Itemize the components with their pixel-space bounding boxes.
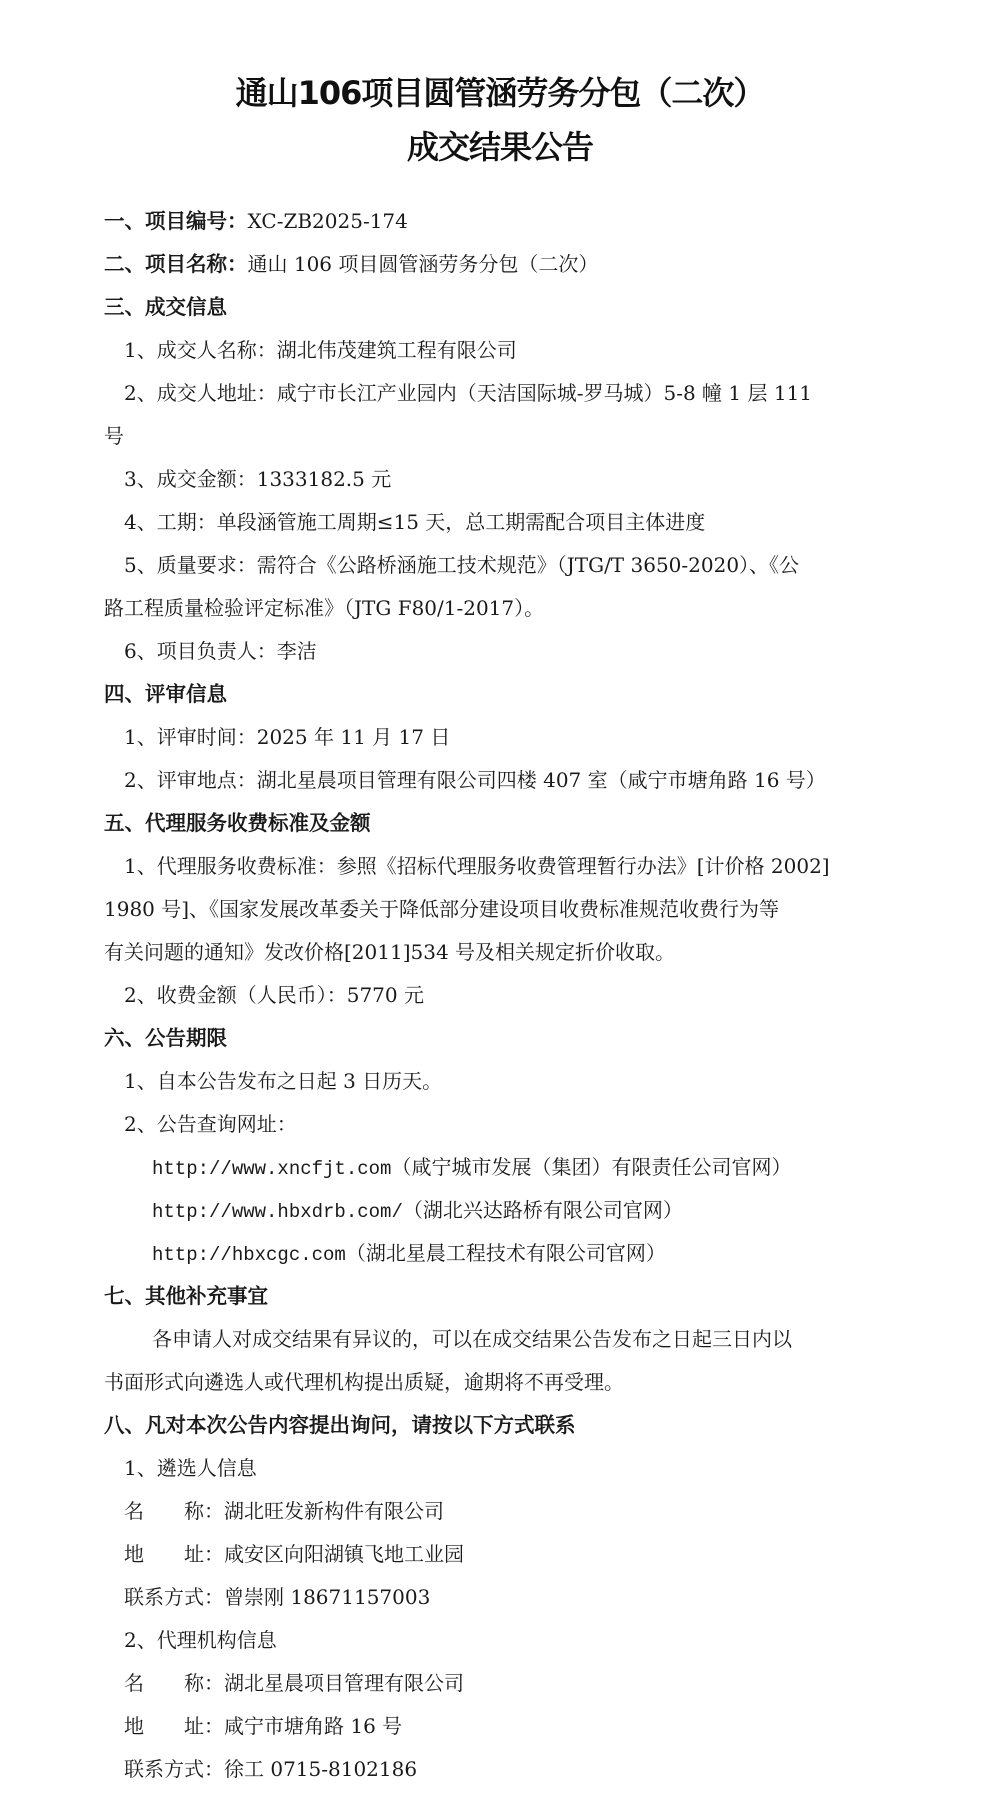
- agency-contact-row: 联系方式：徐工 0715-8102186: [104, 1748, 914, 1791]
- section-heading: 六、公告期限: [104, 1017, 914, 1060]
- section-heading: 八、凡对本次公告内容提出询问，请按以下方式联系: [104, 1404, 914, 1447]
- doc-title-line2: 成交结果公告: [0, 122, 1000, 168]
- list-item: 4、工期：单段涵管施工周期≤15 天，总工期需配合项目主体进度: [104, 501, 914, 544]
- selector-contact-row: 联系方式：曾崇刚 18671157003: [104, 1576, 914, 1619]
- list-item: 2、公告查询网址：: [104, 1103, 914, 1146]
- project-number: XC-ZB2025-174: [248, 209, 408, 233]
- contact-group-title: 1、遴选人信息: [104, 1447, 914, 1490]
- website-link[interactable]: http://www.hbxdrb.com/: [152, 1201, 403, 1223]
- project-name-line: 二、项目名称：通山 106 项目圆管涵劳务分包（二次）: [104, 243, 914, 286]
- section-heading: 一、项目编号：: [104, 209, 248, 233]
- website-link-row: http://hbxcgc.com（湖北星晨工程技术有限公司官网）: [104, 1232, 914, 1275]
- doc-title-line1: 通山106项目圆管涵劳务分包（二次）: [0, 68, 1000, 114]
- list-item: 1、代理服务收费标准：参照《招标代理服务收费管理暂行办法》[计价格 2002]: [104, 845, 914, 888]
- section-heading: 七、其他补充事宜: [104, 1275, 914, 1318]
- section-heading: 三、成交信息: [104, 286, 914, 329]
- list-item: 3、成交金额：1333182.5 元: [104, 458, 914, 501]
- list-item: 5、质量要求：需符合《公路桥涵施工技术规范》（JTG/T 3650-2020）、…: [104, 544, 914, 587]
- paragraph-line: 书面形式向遴选人或代理机构提出质疑，逾期将不再受理。: [104, 1361, 914, 1404]
- project-name: 通山 106 项目圆管涵劳务分包（二次）: [248, 252, 599, 276]
- list-item: 2、评审地点：湖北星晨项目管理有限公司四楼 407 室（咸宁市塘角路 16 号）: [104, 759, 914, 802]
- list-item: 1、成交人名称：湖北伟茂建筑工程有限公司: [104, 329, 914, 372]
- section-heading: 四、评审信息: [104, 673, 914, 716]
- agency-name-row: 名 称：湖北星晨项目管理有限公司: [104, 1662, 914, 1705]
- section-heading: 五、代理服务收费标准及金额: [104, 802, 914, 845]
- list-item-continuation: 号: [104, 415, 914, 458]
- list-item: 6、项目负责人：李洁: [104, 630, 914, 673]
- list-item: 2、收费金额（人民币）：5770 元: [104, 974, 914, 1017]
- website-link-row: http://www.hbxdrb.com/（湖北兴达路桥有限公司官网）: [104, 1189, 914, 1232]
- list-item: 1、评审时间：2025 年 11 月 17 日: [104, 716, 914, 759]
- selector-address-row: 地 址：咸安区向阳湖镇飞地工业园: [104, 1533, 914, 1576]
- selector-name-row: 名 称：湖北旺发新构件有限公司: [104, 1490, 914, 1533]
- website-link[interactable]: http://hbxcgc.com: [152, 1244, 346, 1266]
- website-link-row: http://www.xncfjt.com（咸宁城市发展（集团）有限责任公司官网…: [104, 1146, 914, 1189]
- list-item-continuation: 1980 号]、《国家发展改革委关于降低部分建设项目收费标准规范收费行为等: [104, 888, 914, 931]
- project-number-line: 一、项目编号：XC-ZB2025-174: [104, 200, 914, 243]
- list-item-continuation: 路工程质量检验评定标准》（JTG F80/1-2017）。: [104, 587, 914, 630]
- agency-address-row: 地 址：咸宁市塘角路 16 号: [104, 1705, 914, 1748]
- website-link[interactable]: http://www.xncfjt.com: [152, 1158, 391, 1180]
- list-item: 1、自本公告发布之日起 3 日历天。: [104, 1060, 914, 1103]
- announcement-body: 一、项目编号：XC-ZB2025-174 二、项目名称：通山 106 项目圆管涵…: [104, 200, 914, 1791]
- contact-group-title: 2、代理机构信息: [104, 1619, 914, 1662]
- section-heading: 二、项目名称：: [104, 252, 248, 276]
- paragraph-line: 各申请人对成交结果有异议的，可以在成交结果公告发布之日起三日内以: [104, 1318, 914, 1361]
- list-item-continuation: 有关问题的通知》发改价格[2011]534 号及相关规定折价收取。: [104, 931, 914, 974]
- list-item: 2、成交人地址：咸宁市长江产业园内（天洁国际城-罗马城）5-8 幢 1 层 11…: [104, 372, 914, 415]
